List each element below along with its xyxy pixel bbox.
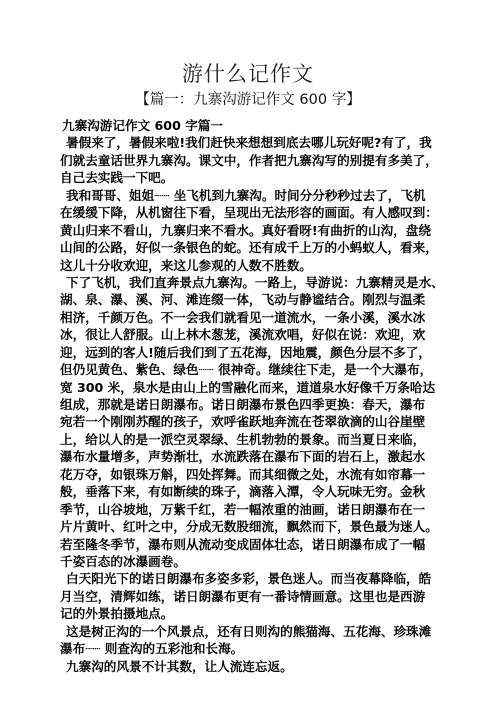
text-line: 我和哥哥、姐姐┈┈ 坐飞机到九寨沟。时间分分秒秒过去了，飞机 <box>60 187 466 204</box>
section-heading: 九寨沟游记作文 600 字篇一 <box>60 117 466 134</box>
text-line: 记的外景拍摄地点。 <box>60 605 466 622</box>
text-line: 九寨沟的风景不计其数，让人流连忘返。 <box>60 658 466 675</box>
text-line: 在缓缓下降，从机窗往下看，呈现出无法形容的画面。有人感叹到： <box>60 204 466 221</box>
text-line: 月当空，清辉如练，诺日朗瀑布更有一番诗情画意。这里也是西游 <box>60 588 466 605</box>
text-line: 片片黄叶、红叶之中，分成无数股细流，飘然而下，景色最为迷人。 <box>60 518 466 535</box>
text-line: 组成，那就是诺日朗瀑布。诺日朗瀑布景色四季更换：春天，瀑布 <box>60 396 466 413</box>
text-line: 般，垂落下来，有如断续的珠子，滴落入潭，令人玩味无穷。金秋 <box>60 483 466 500</box>
text-line: 若至隆冬季节，瀑布则从流动变成固体壮态，诺日朗瀑布成了一幅 <box>60 536 466 553</box>
text-line: 下了飞机，我们直奔景点九寨沟。一路上，导游说：九寨精灵是水、 <box>60 274 466 291</box>
text-line: 这儿十分收欢迎，来这儿参观的人数不胜数。 <box>60 257 466 274</box>
document-subtitle: 【篇一：九寨沟游记作文 600 字】 <box>0 88 496 109</box>
text-line: 山间的公路，好似一条银色的蛇。还有成千上万的小蚂蚁人，看来， <box>60 239 466 256</box>
text-line: 相济，千颜万色。不一会我们就看见一道流水，一条小溪，溪水冰 <box>60 309 466 326</box>
text-line: 但仍见黄色、紫色、绿色┈┈ 很神奇。继续往下走，是一个大瀑布， <box>60 361 466 378</box>
document-page: 游什么记作文 【篇一：九寨沟游记作文 600 字】 九寨沟游记作文 600 字篇… <box>0 0 496 702</box>
text-line: 黄山归来不看山，九寨归来不看水。真好看呀!有曲折的山沟，盘绕 <box>60 222 466 239</box>
document-body: 九寨沟游记作文 600 字篇一暑假来了，暑假来啦!我们赶快来想想到底去哪儿玩好呢… <box>60 117 466 675</box>
text-line: 瀑布┈┈ 则查沟的五彩池和长海。 <box>60 640 466 657</box>
text-line: 宽 300 米，泉水是由山上的雪融化而来，道道泉水好像千万条哈达 <box>60 379 466 396</box>
text-line: 季节，山谷坡地，万紫千红，若一幅浓重的油画，诺日朗瀑布在一 <box>60 501 466 518</box>
text-line: 瀑布水量增多，声势渐壮，水流跌落在瀑布下面的岩石上，激起水 <box>60 448 466 465</box>
text-line: 自己去实践一下吧。 <box>60 169 466 186</box>
text-line: 这是树正沟的一个风景点，还有日则沟的熊猫海、五花海、珍珠滩 <box>60 623 466 640</box>
text-line: 们就去童话世界九寨沟。课文中，作者把九寨沟写的别提有多美了， <box>60 152 466 169</box>
text-line: 花万夺，如银珠万斛，四处挥舞。而其细微之处，水流有如帘幕一 <box>60 466 466 483</box>
text-line: 千姿百态的冰瀑画卷。 <box>60 553 466 570</box>
text-line: 暑假来了，暑假来啦!我们赶快来想想到底去哪儿玩好呢?有了，我 <box>60 134 466 151</box>
text-line: 上，给以人的是一派空灵翠绿、生机勃勃的景象。而当夏日来临， <box>60 431 466 448</box>
text-line: 湖、泉、瀑、溪、河、滩连缀一体，飞动与静谧结合。刚烈与温柔 <box>60 291 466 308</box>
document-title: 游什么记作文 <box>0 58 496 88</box>
text-line: 宛若一个刚刚苏醒的孩子，欢呼雀跃地奔流在苍翠欲滴的山谷崖壁 <box>60 413 466 430</box>
text-line: 白天阳光下的诺日朗瀑布多姿多彩，景色迷人。而当夜幕降临，皓 <box>60 570 466 587</box>
text-line: 迎，远到的客人!随后我们到了五花海，因地震，颜色分层不多了， <box>60 344 466 361</box>
text-line: 冰，很让人舒服。山上林木葱茏，溪流欢唱，好似在说：欢迎，欢 <box>60 326 466 343</box>
